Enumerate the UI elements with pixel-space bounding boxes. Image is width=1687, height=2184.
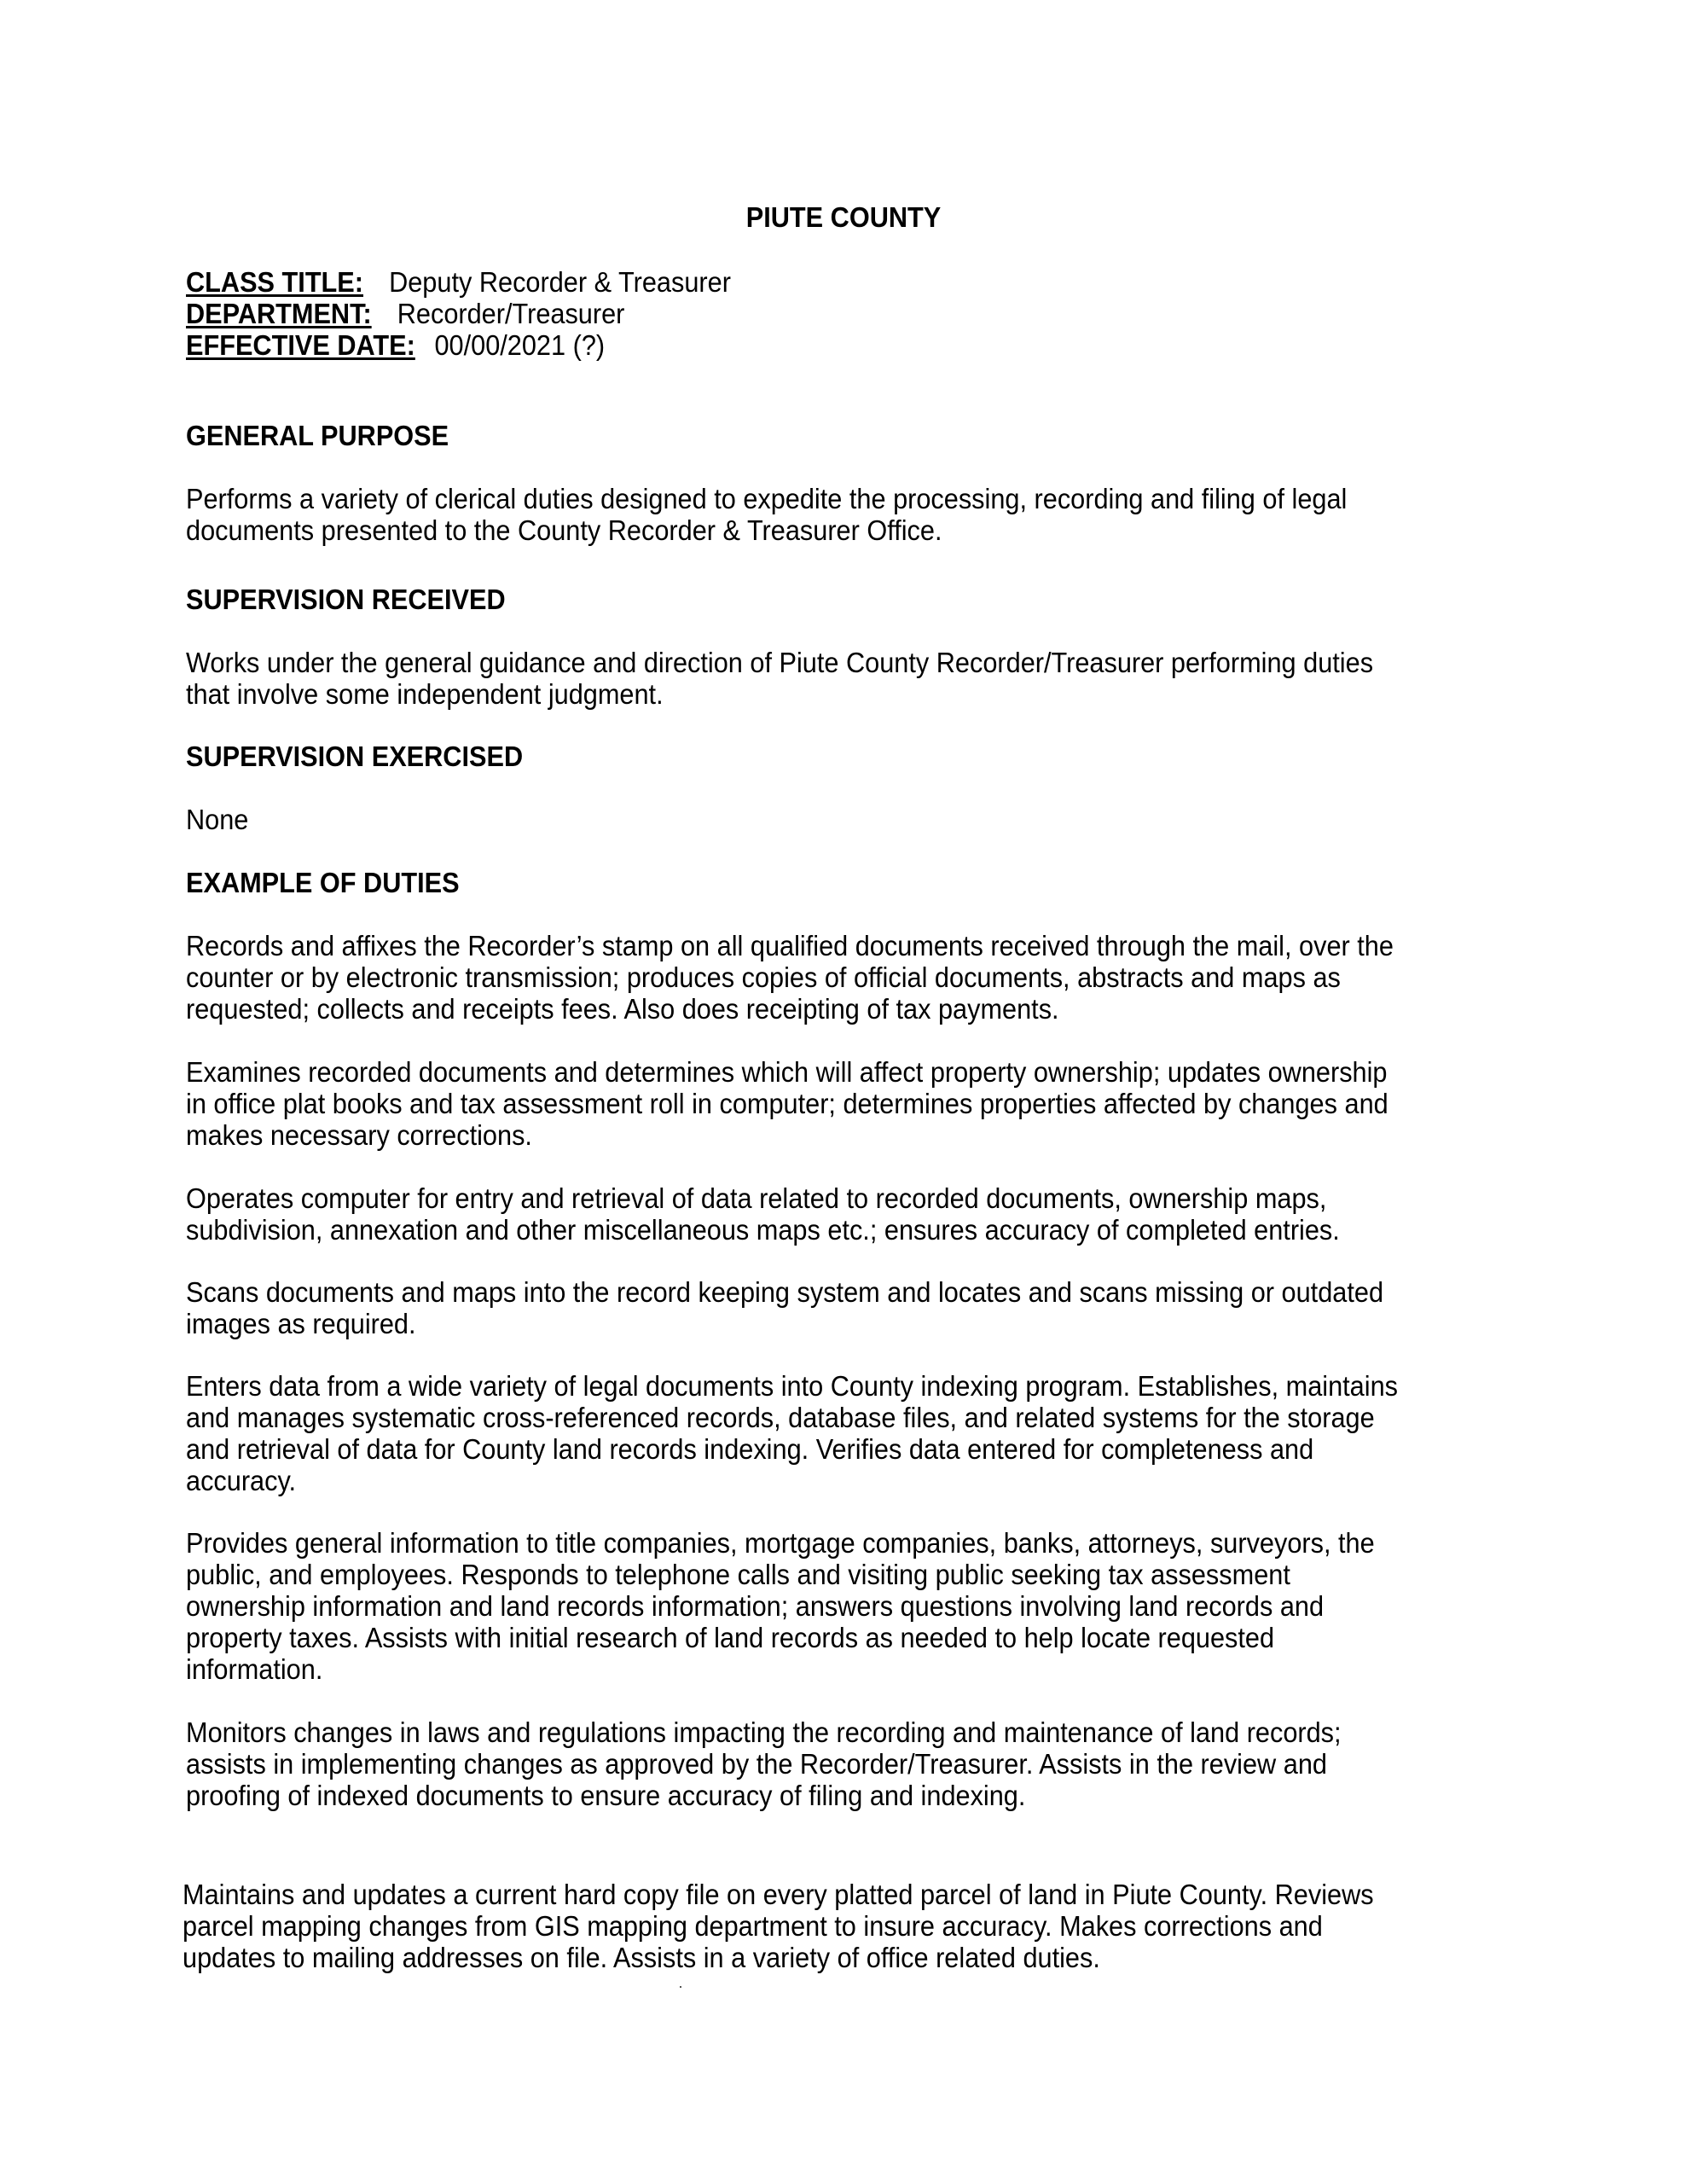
section-heading: SUPERVISION RECEIVED — [186, 584, 1400, 615]
text-line: accuracy. — [186, 1465, 1400, 1496]
department-row: DEPARTMENT: Recorder/Treasurer — [186, 298, 731, 329]
text-line: images as required. — [186, 1308, 1400, 1339]
county-title: PIUTE COUNTY — [59, 201, 1628, 234]
text-line: and manages systematic cross-referenced … — [186, 1402, 1400, 1433]
general-purpose-section: GENERAL PURPOSE — [186, 420, 1491, 451]
section-heading: EXAMPLE OF DUTIES — [186, 867, 1400, 898]
duty-paragraph: Enters data from a wide variety of legal… — [186, 1370, 1491, 1496]
text-line: ownership information and land records i… — [186, 1590, 1400, 1622]
department-label: DEPARTMENT: — [186, 298, 372, 329]
text-line: requested; collects and receipts fees. A… — [186, 993, 1400, 1025]
text-line: information. — [186, 1653, 1400, 1685]
class-title-row: CLASS TITLE: Deputy Recorder & Treasurer — [186, 266, 731, 298]
duty-paragraph: Examines recorded documents and determin… — [186, 1056, 1491, 1151]
supervision-exercised-section: SUPERVISION EXERCISED — [186, 741, 1491, 772]
duty-paragraph: Maintains and updates a current hard cop… — [183, 1879, 1487, 1973]
text-line: Works under the general guidance and dir… — [186, 647, 1400, 678]
class-title-label: CLASS TITLE: — [186, 266, 363, 298]
job-meta: CLASS TITLE: Deputy Recorder & Treasurer… — [186, 266, 772, 361]
text-line: in office plat books and tax assessment … — [186, 1088, 1400, 1119]
section-heading: GENERAL PURPOSE — [186, 420, 1400, 451]
text-line: parcel mapping changes from GIS mapping … — [183, 1910, 1396, 1942]
effective-date-row: EFFECTIVE DATE: 00/00/2021 (?) — [186, 329, 731, 361]
text-line: Operates computer for entry and retrieva… — [186, 1182, 1400, 1214]
text-line: that involve some independent judgment. — [186, 678, 1400, 710]
duty-paragraph: Monitors changes in laws and regulations… — [186, 1716, 1491, 1811]
duty-paragraph: Provides general information to title co… — [186, 1527, 1491, 1685]
text-line: None — [186, 804, 1400, 835]
text-line: makes necessary corrections. — [186, 1119, 1400, 1151]
text-line: Records and affixes the Recorder’s stamp… — [186, 930, 1400, 961]
text-line: subdivision, annexation and other miscel… — [186, 1214, 1400, 1246]
effective-date-value: 00/00/2021 (?) — [434, 329, 605, 361]
supervision-received-section: SUPERVISION RECEIVED — [186, 584, 1491, 615]
text-line: assists in implementing changes as appro… — [186, 1748, 1400, 1780]
text-line: public, and employees. Responds to telep… — [186, 1559, 1400, 1590]
document-page: PIUTE COUNTY CLASS TITLE: Deputy Recorde… — [0, 0, 1687, 2184]
text-line: updates to mailing addresses on file. As… — [183, 1942, 1396, 1973]
supervision-exercised-text: None — [186, 804, 1491, 835]
text-line: Provides general information to title co… — [186, 1527, 1400, 1559]
duty-paragraph: Operates computer for entry and retrieva… — [186, 1182, 1491, 1246]
class-title-value: Deputy Recorder & Treasurer — [389, 266, 731, 298]
text-line: and retrieval of data for County land re… — [186, 1433, 1400, 1465]
text-line: Performs a variety of clerical duties de… — [186, 483, 1400, 514]
text-line: property taxes. Assists with initial res… — [186, 1622, 1400, 1653]
department-value: Recorder/Treasurer — [397, 298, 625, 329]
duty-paragraph: Scans documents and maps into the record… — [186, 1276, 1491, 1339]
text-line: documents presented to the County Record… — [186, 514, 1400, 546]
section-heading: SUPERVISION EXERCISED — [186, 741, 1400, 772]
supervision-received-text: Works under the general guidance and dir… — [186, 647, 1491, 710]
example-of-duties-section: EXAMPLE OF DUTIES — [186, 867, 1491, 898]
effective-date-label: EFFECTIVE DATE: — [186, 329, 415, 361]
text-line: proofing of indexed documents to ensure … — [186, 1780, 1400, 1811]
text-line: Enters data from a wide variety of legal… — [186, 1370, 1400, 1402]
text-line: counter or by electronic transmission; p… — [186, 961, 1400, 993]
text-line: Maintains and updates a current hard cop… — [183, 1879, 1396, 1910]
duty-paragraph: Records and affixes the Recorder’s stamp… — [186, 930, 1491, 1025]
text-line: Examines recorded documents and determin… — [186, 1056, 1400, 1088]
scan-speck — [680, 1986, 681, 1988]
general-purpose-text: Performs a variety of clerical duties de… — [186, 483, 1491, 546]
text-line: Monitors changes in laws and regulations… — [186, 1716, 1400, 1748]
text-line: Scans documents and maps into the record… — [186, 1276, 1400, 1308]
